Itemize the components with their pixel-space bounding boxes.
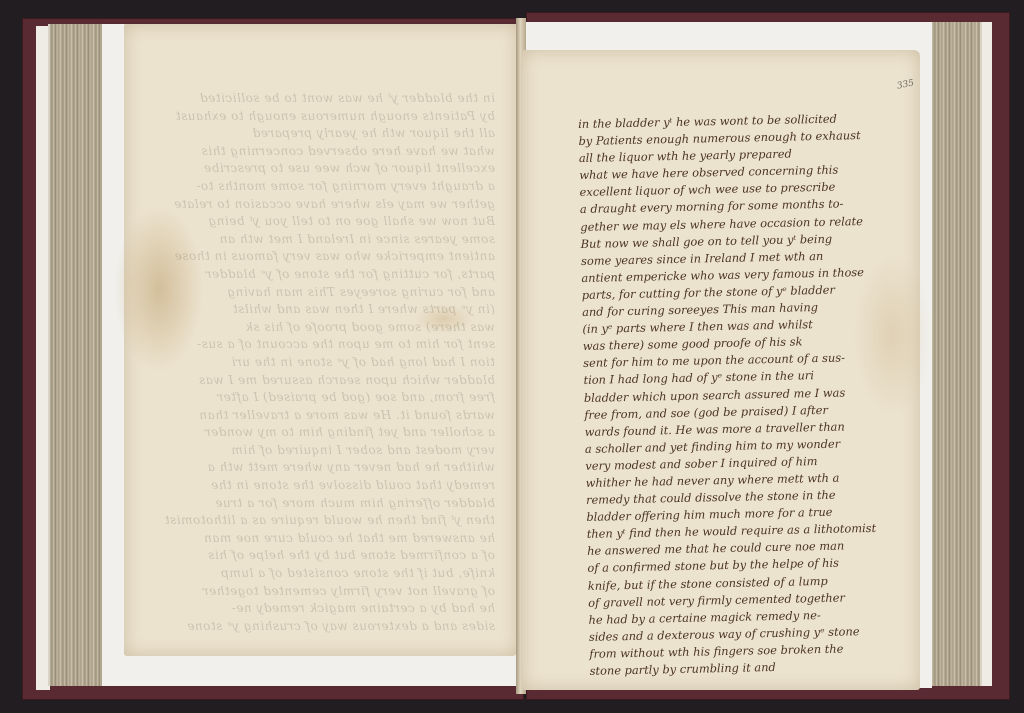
show-through-line: in the bladder yᵗ he was wont to be soll…	[150, 90, 495, 108]
show-through-line: sides and a dexterous way of crushing yᵉ…	[150, 618, 495, 636]
show-through-line: what we have here observed concerning th…	[150, 143, 495, 161]
handwritten-text: in the bladder yᵗ he was wont to be soll…	[578, 109, 930, 680]
show-through-line: he had by a certaine magick remedy ne-	[150, 600, 495, 618]
show-through-line: a draught every morning for some months …	[150, 178, 495, 196]
show-through-line: and for curing soreeyes This man having	[150, 284, 495, 302]
show-through-line: tion I had long had of yᵉ stone in the u…	[150, 354, 495, 372]
show-through-text: in the bladder yᵗ he was wont to be soll…	[150, 90, 495, 635]
show-through-line: whither he had never any where mett wth …	[150, 459, 495, 477]
show-through-line: gether we may els where have occasion to…	[150, 196, 495, 214]
show-through-line: bladder offering him much more for a tru…	[150, 495, 495, 513]
page-edges-left	[48, 24, 106, 686]
show-through-line: (in yᵉ parts where I then was and whilst	[150, 301, 495, 319]
show-through-line: all the liquor wth he yearly prepared	[150, 125, 495, 143]
show-through-line: of a confirmed stone but by the helpe of…	[150, 547, 495, 565]
show-through-line: of gravell not very firmly cemented toge…	[150, 583, 495, 601]
show-through-line: free from, and soe (god be praised) I af…	[150, 389, 495, 407]
show-through-line: bladder which upon search assured me I w…	[150, 372, 495, 390]
show-through-line: a scholler and yet finding him to my won…	[150, 424, 495, 442]
show-through-line: parts, for cutting for the stone of yᵉ b…	[150, 266, 495, 284]
show-through-line: But now we shall goe on to tell you yᵗ b…	[150, 213, 495, 231]
show-through-line: by Patients enough numerous enough to ex…	[150, 108, 495, 126]
show-through-line: sent for him to me upon the account of a…	[150, 336, 495, 354]
show-through-line: then yᵗ find then he would require as a …	[150, 512, 495, 530]
show-through-line: wards found it. He was more a traveller …	[150, 407, 495, 425]
show-through-line: very modest and sober I inquired of him	[150, 442, 495, 460]
show-through-line: some yeares since in Ireland I met wth a…	[150, 231, 495, 249]
show-through-line: remedy that could dissolve the stone in …	[150, 477, 495, 495]
show-through-line: excellent liquor of wch wee use to presc…	[150, 160, 495, 178]
show-through-line: knife, but if the stone consisted of a l…	[150, 565, 495, 583]
show-through-line: was there) some good proofe of his sk	[150, 319, 495, 337]
show-through-line: he answered me that he could cure noe ma…	[150, 530, 495, 548]
show-through-line: antient empericke who was very famous in…	[150, 248, 495, 266]
